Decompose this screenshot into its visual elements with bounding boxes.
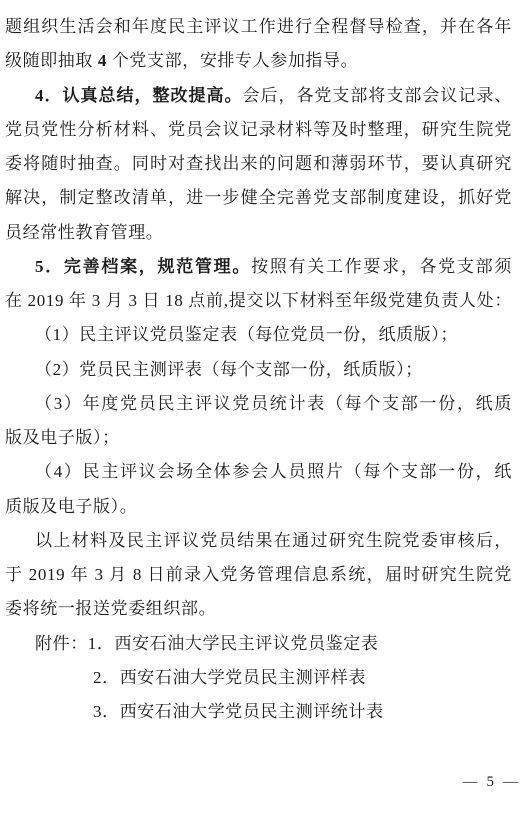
doc-line-heading-5: 5．完善档案，规范管理。按照有关工作要求，各党支部须 bbox=[5, 250, 512, 284]
document-page: 题组织生活会和年度民主评议工作进行全程督导检查，并在各年 级随即抽取 4 个党支… bbox=[0, 0, 528, 818]
doc-line: 在 2019 年 3 月 3 日 18 点前,提交以下材料至年级党建负责人处： bbox=[5, 284, 512, 318]
doc-text: 按照有关工作要求，各党支部须 bbox=[251, 257, 512, 276]
page-number-footer: — 5 — bbox=[463, 770, 519, 794]
doc-text: 个党支部，安排专人参加指导。 bbox=[107, 51, 358, 70]
doc-line: 质版及电子版）。 bbox=[5, 490, 512, 524]
doc-line-attachment-2: 2．西安石油大学党员民主测评样表 bbox=[5, 661, 512, 695]
page-number: 5 bbox=[487, 770, 495, 794]
doc-line-item-1: （1）民主评议党员鉴定表（每位党员一份，纸质版）； bbox=[5, 318, 512, 352]
doc-line: 委将随时抽查。同时对查找出来的问题和薄弱环节，要认真研究 bbox=[5, 147, 512, 181]
doc-line-heading-4: 4．认真总结，整改提高。会后，各党支部将支部会议记录、 bbox=[5, 79, 512, 113]
doc-line: 员经常性教育管理。 bbox=[5, 216, 512, 250]
doc-text-bold: 4．认真总结，整改提高。 bbox=[35, 86, 242, 105]
doc-line: 以上材料及民主评议党员结果在通过研究生院党委审核后， bbox=[5, 524, 512, 558]
doc-line: 题组织生活会和年度民主评议工作进行全程督导检查，并在各年 bbox=[5, 10, 512, 44]
doc-text: 级随即抽取 bbox=[5, 51, 98, 70]
doc-line: 于 2019 年 3 月 8 日前录入党务管理信息系统，届时研究生院党 bbox=[5, 558, 512, 592]
doc-text-bold: 4 bbox=[98, 51, 107, 70]
footer-dash-left: — bbox=[463, 770, 478, 794]
footer-dash-right: — bbox=[503, 770, 518, 794]
doc-text-bold: 5．完善档案，规范管理。 bbox=[35, 257, 251, 276]
document-body: 题组织生活会和年度民主评议工作进行全程督导检查，并在各年 级随即抽取 4 个党支… bbox=[5, 10, 512, 729]
doc-line: 级随即抽取 4 个党支部，安排专人参加指导。 bbox=[5, 44, 512, 78]
doc-line-item-4: （4）民主评议会场全体参会人员照片（每个支部一份，纸 bbox=[5, 455, 512, 489]
doc-text: 会后，各党支部将支部会议记录、 bbox=[242, 86, 512, 105]
doc-line: 委将统一报送党委组织部。 bbox=[5, 592, 512, 626]
doc-line-item-3: （3）年度党员民主评议党员统计表（每个支部一份，纸质 bbox=[5, 387, 512, 421]
doc-line-item-2: （2）党员民主测评表（每个支部一份，纸质版）； bbox=[5, 353, 512, 387]
doc-line: 版及电子版）； bbox=[5, 421, 512, 455]
doc-line: 解决，制定整改清单，进一步健全完善党支部制度建设，抓好党 bbox=[5, 181, 512, 215]
doc-line-attachment-3: 3．西安石油大学党员民主测评统计表 bbox=[5, 695, 512, 729]
doc-line-attachments: 附件：1．西安石油大学民主评议党员鉴定表 bbox=[5, 627, 512, 661]
doc-line: 党员党性分析材料、党员会议记录材料等及时整理，研究生院党 bbox=[5, 113, 512, 147]
